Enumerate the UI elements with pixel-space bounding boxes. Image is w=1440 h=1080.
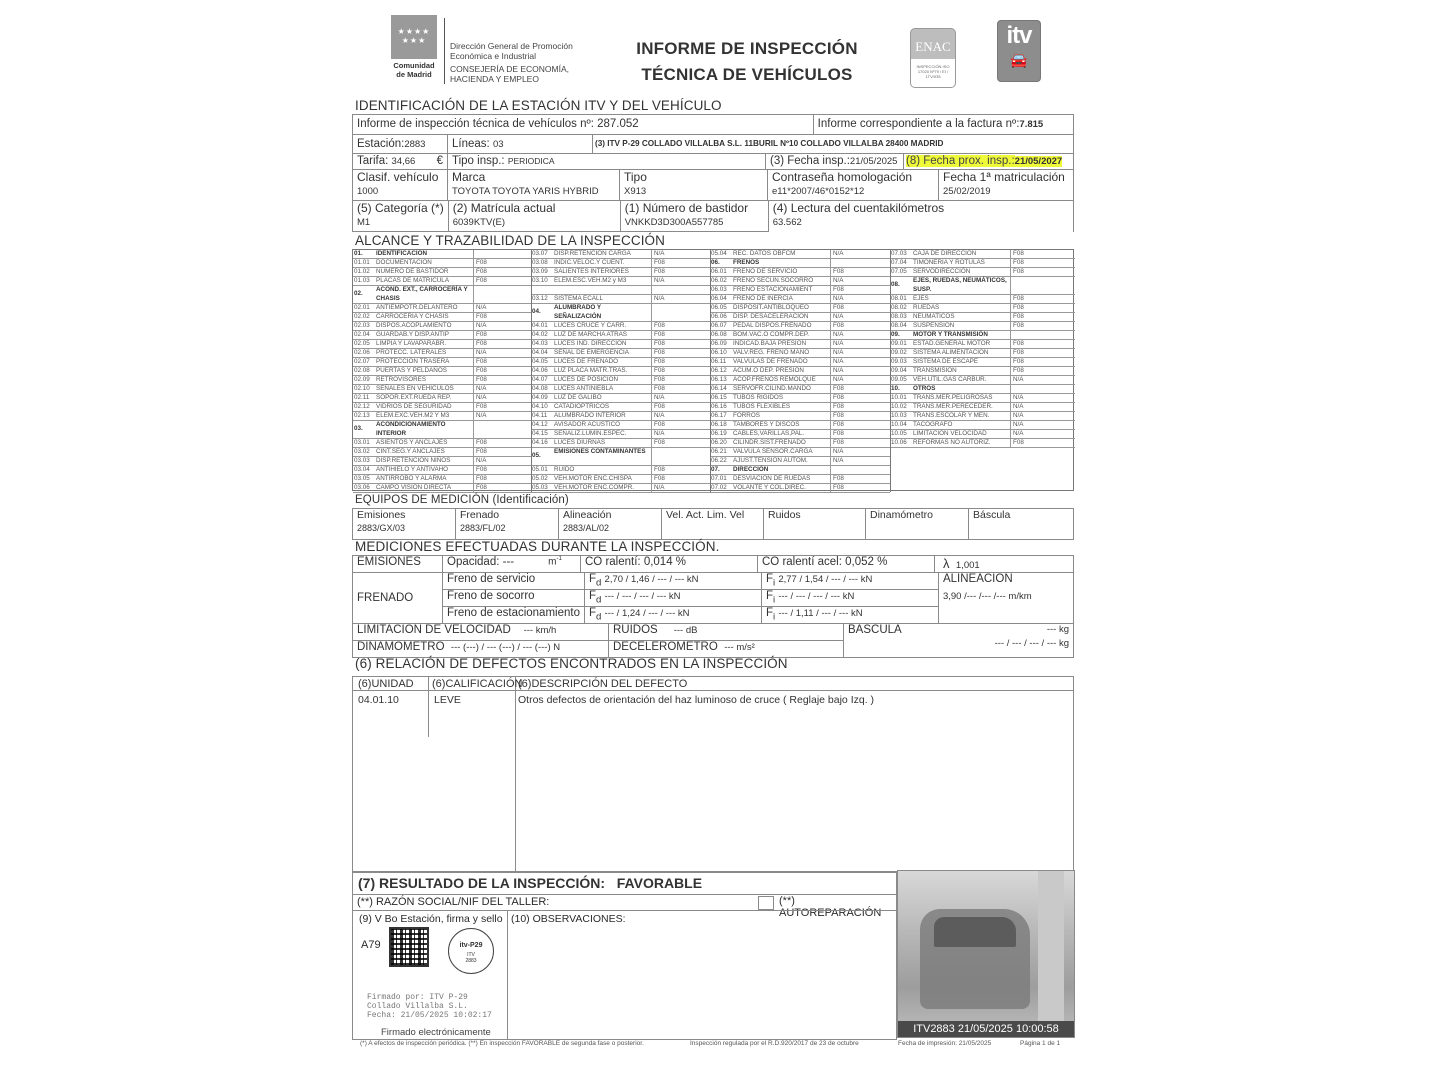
checklist-name: LUCES DE FRENADO <box>554 358 618 367</box>
emissions-row: EMISIONES Opacidad: ---m-1 CO ralentí: 0… <box>352 555 1074 573</box>
observations-label: (10) OBSERVACIONES: <box>511 913 626 925</box>
checklist-item: 06.18TAMBORES Y DISCOSF08 <box>710 421 890 430</box>
checklist-code: 05.03 <box>532 484 554 493</box>
checklist-item: 02.09RETROVISORESF08 <box>353 376 531 385</box>
checklist-code: 06.10 <box>711 349 733 358</box>
checklist-name: TAMBORES Y DISCOS <box>733 421 799 430</box>
checklist-item: 02.13ELEM.EXC.VEH.M2 Y M3N/A <box>353 412 531 421</box>
checklist-res: F08 <box>651 340 665 349</box>
checklist-code: 07.05 <box>891 268 913 277</box>
checklist-name: FRENOS <box>733 259 759 268</box>
checklist-res: F08 <box>651 367 665 376</box>
scale-value-1: --- kg <box>1047 624 1069 635</box>
checklist-name: GUARDAB.Y DISP.ANTIP <box>376 331 449 340</box>
checklist-name: INDICAD.BAJA PRESION <box>733 340 806 349</box>
checklist-item: 04.12AVISADOR ACUSTICOF08 <box>531 421 710 430</box>
checklist-code: 07.02 <box>711 484 733 493</box>
checklist-code: 04.07 <box>532 376 554 385</box>
checklist-res: F08 <box>651 385 665 394</box>
checklist-code: 06.18 <box>711 421 733 430</box>
checklist-name: INDIC.VELOC.Y CUENT. <box>554 259 625 268</box>
checklist-item: 08.01EJESF08 <box>890 295 1075 304</box>
checklist-code: 04.02 <box>532 331 554 340</box>
checklist-res: F08 <box>473 484 487 493</box>
checklist-name: ELEM.EXC.VEH.M2 Y M3 <box>376 412 449 421</box>
checklist-item: 04.02LUZ DE MARCHA ATRASF08 <box>531 331 710 340</box>
checklist-res: F08 <box>830 439 844 448</box>
defect-unit: 04.01.10 <box>358 694 399 706</box>
checklist-item: 02.06PROTECC. LATERALESN/A <box>353 349 531 358</box>
qr-code-icon <box>389 927 429 967</box>
checklist-item: 03.05ANTIRROBO Y ALARMAF08 <box>353 475 531 484</box>
checklist-res: F08 <box>1010 259 1024 268</box>
checklist-code: 02.04 <box>354 331 376 340</box>
checklist-name: DISPOSIT.ANTIBLOQUEO <box>733 304 809 313</box>
vehicle-row-1: Clasif. vehículo1000 MarcaTOYOTA TOYOTA … <box>352 169 1074 201</box>
checklist-code: 09.02 <box>891 349 913 358</box>
checklist-code: 04.15 <box>532 430 554 439</box>
brake-fd-parking: --- / 1,24 / --- / --- kN <box>605 608 690 619</box>
checklist-res <box>830 466 833 475</box>
fee-value: 34,66 <box>392 156 416 167</box>
checklist-code: 06.09 <box>711 340 733 349</box>
scope-title: ALCANCE Y TRAZABILIDAD DE LA INSPECCIÓN <box>355 233 665 248</box>
homologation-code: e11*2007/46*0152*12 <box>772 186 934 197</box>
checklist-name: FRENO DE SERVICIO <box>733 268 797 277</box>
checklist-item: 03.10ELEM.ESC.VEH.M2 y M3N/A <box>531 277 710 286</box>
checklist-name: LUCES DE POSICION <box>554 376 618 385</box>
equipment-table: Emisiones2883/GX/03Frenado2883/FL/02Alin… <box>352 508 1074 540</box>
checklist-code: 01. <box>354 250 376 259</box>
self-repair-label: (**) AUTOREPARACIÓN <box>779 895 896 919</box>
next-inspection-date: 21/05/2027 <box>1015 156 1063 167</box>
checklist-item: 06.16TUBOS FLEXIBLESF08 <box>710 403 890 412</box>
checklist-name: ANTIRROBO Y ALARMA <box>376 475 446 484</box>
checklist-res: F08 <box>1010 295 1024 304</box>
checklist-code: 08.01 <box>891 295 913 304</box>
checklist-res: N/A <box>830 295 844 304</box>
checklist-code: 03. <box>354 425 376 434</box>
checklist-item: 10.05LIMITACION VELOCIDADN/A <box>890 430 1075 439</box>
checklist-res: F08 <box>830 421 844 430</box>
checklist-name: LUZ PLACA MATR.TRAS. <box>554 367 627 376</box>
identification-title: IDENTIFICACIÓN DE LA ESTACIÓN ITV Y DEL … <box>355 98 722 113</box>
checklist-item: 10.06REFORMAS NO AUTORIZ.F08 <box>890 439 1075 448</box>
checklist-code: 02.12 <box>354 403 376 412</box>
inspection-date: 21/05/2025 <box>850 156 898 167</box>
vehicle-category: M1 <box>357 217 444 228</box>
checklist-code: 06.01 <box>711 268 733 277</box>
checklist-name: AJUST.TENSION AUTOM. <box>733 457 808 466</box>
equipment-title: EQUIPOS DE MEDICIÓN (Identificación) <box>355 494 569 506</box>
checklist-name: DISPOS.ACOPLAMIENTO <box>376 322 451 331</box>
checklist-code: 05. <box>532 452 554 461</box>
checklist-name: DESVIACION DE RUEDAS <box>733 475 810 484</box>
checklist-item: 07.05SERVODIRECCIÓNF08 <box>890 268 1075 277</box>
checklist-name: RUEDAS <box>913 304 939 313</box>
checklist-res: N/A <box>830 331 844 340</box>
result-value: FAVORABLE <box>617 875 702 891</box>
defects-col-unit: (6)UNIDAD <box>358 678 414 690</box>
checklist-code: 03.01 <box>354 439 376 448</box>
checklist-name: SUSPENSION <box>913 322 954 331</box>
checklist-name: ACOP.FRENOS REMOLQUE <box>733 376 816 385</box>
checklist-item: 03.02CINT.SEG.Y ANCLAJESF08 <box>353 448 531 457</box>
checklist-item: 05.04REC. DATOS OBFCMN/A <box>710 250 890 259</box>
checklist-code: 09.01 <box>891 340 913 349</box>
checklist-code: 07. <box>711 466 733 475</box>
checklist-code: 02. <box>354 290 376 299</box>
checklist-name: TUBOS RIGIDOS <box>733 394 783 403</box>
checklist-res: F08 <box>473 268 487 277</box>
checklist-code: 03.04 <box>354 466 376 475</box>
equipment-cell: Dinamómetro <box>866 509 969 540</box>
checklist-item: 05.03VEH.MOTOR ENC.COMPR.N/A <box>531 484 710 493</box>
checklist-code: 03.07 <box>532 250 554 259</box>
checklist-res <box>651 448 654 466</box>
checklist-res: N/A <box>473 457 487 466</box>
checklist-code: 08.04 <box>891 322 913 331</box>
checklist-name: DISP.RETENCION CARGA <box>554 250 631 259</box>
checklist-name: CAJA DE DIRECCION <box>913 250 976 259</box>
checklist-res <box>651 286 654 295</box>
inspection-type: PERIODICA <box>508 156 555 166</box>
checklist-item: 01.03PLACAS DE MATRICULAF08 <box>353 277 531 286</box>
checklist-item: 06.20CILINDR.SIST.FRENADOF08 <box>710 439 890 448</box>
checklist-res: N/A <box>651 250 665 259</box>
car-icon: 🚘 <box>998 51 1040 69</box>
checklist-code: 06.17 <box>711 412 733 421</box>
logo-divider <box>444 18 445 84</box>
station-seal-icon: itv-P29 ITV 2883 <box>448 928 494 974</box>
checklist-res <box>1010 385 1013 394</box>
checklist-name: CABLES,VARILLAS,PAL. <box>733 430 804 439</box>
checklist-item: 02.11SOPOR.EXT.RUEDA REP.N/A <box>353 394 531 403</box>
checklist-name: TRANS.MER.PELIGROSAS <box>913 394 992 403</box>
brake-fd-emergency: --- / --- / --- / --- kN <box>605 591 681 602</box>
checklist-code: 02.01 <box>354 304 376 313</box>
checklist-name: REFORMAS NO AUTORIZ. <box>913 439 991 448</box>
checklist-item: 02.04GUARDAB.Y DISP.ANTIPF08 <box>353 331 531 340</box>
footer-note: (*) A efectos de inspección periódica. (… <box>360 1040 644 1047</box>
column-divider <box>890 250 891 492</box>
equipment-cell: Vel. Act. Lim. Vel <box>662 509 764 540</box>
checklist-item: 10.03TRANS.ESCOLAR Y MEN.N/A <box>890 412 1075 421</box>
checklist-name: VALVULAS DE FRENADO <box>733 358 808 367</box>
checklist-name: BOM.VAC.O COMPR.DEP. <box>733 331 809 340</box>
checklist-res: F08 <box>651 331 665 340</box>
checklist-res: F08 <box>830 304 844 313</box>
checklist-code: 03.09 <box>532 268 554 277</box>
checklist-name: PROTECCION TRASERA <box>376 358 449 367</box>
odometer-reading: 63.562 <box>773 217 1069 228</box>
checklist-code: 02.10 <box>354 385 376 394</box>
brake-fi-emergency: --- / --- / --- / --- kN <box>778 591 854 602</box>
license-plate: 6039KTV(E) <box>453 217 616 228</box>
checklist-res: F08 <box>830 322 844 331</box>
checklist-item: 06.14SERVOFR.CILIND.MANDOF08 <box>710 385 890 394</box>
checklist-res: N/A <box>830 376 844 385</box>
station-sign-label: (9) V Bo Estación, firma y sello <box>359 913 503 925</box>
checklist-name: CATADIOPTRICOS <box>554 403 609 412</box>
checklist-name: TRANSMISION <box>913 367 957 376</box>
checklist-res: N/A <box>830 367 844 376</box>
checklist-res: F08 <box>651 322 665 331</box>
checklist-res <box>1010 277 1013 295</box>
checklist-item: 03.ACONDICIONAMIENTO INTERIOR <box>353 421 531 439</box>
checklist-name: OTROS <box>913 385 935 394</box>
checklist-name: RETROVISORES <box>376 376 426 385</box>
checklist-code: 06.02 <box>711 277 733 286</box>
document-title: INFORME DE INSPECCIÓN TÉCNICA DE VEHÍCUL… <box>602 36 892 88</box>
checklist-code: 04.11 <box>532 412 554 421</box>
checklist-res <box>473 286 476 304</box>
checklist-name: SEÑALIZ.LUMIN.ESPEC. <box>554 430 626 439</box>
alignment-label: ALINEACIÓN <box>943 573 1013 585</box>
checklist-item: 06.13ACOP.FRENOS REMOLQUEN/A <box>710 376 890 385</box>
checklist-res: N/A <box>830 250 844 259</box>
checklist-name: ESTAD.GENERAL MOTOR <box>913 340 990 349</box>
checklist-item: 04.08LUCES ANTINIEBLAF08 <box>531 385 710 394</box>
checklist-res: F08 <box>830 268 844 277</box>
self-repair-checkbox[interactable] <box>758 896 774 910</box>
equipment-id: 2883/AL/02 <box>563 523 657 533</box>
inspection-result: (7) RESULTADO DE LA INSPECCIÓN: FAVORABL… <box>358 875 702 891</box>
org-name: Comunidad de Madrid <box>390 61 438 79</box>
decelerometer-value: --- m/s² <box>724 642 755 653</box>
checklist-item: 02.12VIDRIOS DE SEGURIDADF08 <box>353 403 531 412</box>
checklist-res: N/A <box>1010 403 1024 412</box>
checklist-item: 04.11ALUMBRADO INTERIORN/A <box>531 412 710 421</box>
checklist-name: LIMITACION VELOCIDAD <box>913 430 987 439</box>
enac-logo: ENAC INSPECCIÓN ISO 17020 Nº79 / EI / 1T… <box>910 28 956 88</box>
checklist-name: LUZ DE MARCHA ATRAS <box>554 331 627 340</box>
checklist-code: 04.04 <box>532 349 554 358</box>
checklist-code: 03.12 <box>532 295 554 304</box>
checklist-name: ASIENTOS Y ANCLAJES <box>376 439 447 448</box>
checklist-code: 06.07 <box>711 322 733 331</box>
checklist-name: LUCES IND. DIRECCION <box>554 340 626 349</box>
checklist-res: F08 <box>1010 340 1024 349</box>
checklist-name: SISTEMA ECALL <box>554 295 603 304</box>
defect-description: Otros defectos de orientación del haz lu… <box>518 694 874 706</box>
checklist-item: 03.12SISTEMA ECALLN/A <box>531 295 710 304</box>
checklist-res: F08 <box>651 259 665 268</box>
checklist-item: 01.IDENTIFICACION <box>353 250 531 259</box>
checklist-name: CARROCERIA Y CHASIS <box>376 313 449 322</box>
speed-limit-value: --- km/h <box>524 625 557 636</box>
checklist-res: N/A <box>651 277 665 286</box>
checklist-name: CINT.SEG.Y ANCLAJES <box>376 448 445 457</box>
checklist-name: MOTOR Y TRANSMISIÓN <box>913 331 988 340</box>
result-section: (7) RESULTADO DE LA INSPECCIÓN: FAVORABL… <box>352 872 897 1040</box>
checklist-name: TIMONERIA Y ROTULAS <box>913 259 985 268</box>
checklist-code: 06.19 <box>711 430 733 439</box>
checklist-name: LUZ DE GALIBO <box>554 394 602 403</box>
lambda-value: 1,001 <box>956 560 980 571</box>
checklist-name: VEH.MOTOR ENC.COMPR. <box>554 484 634 493</box>
vin-number: VNKKD3D300A557785 <box>625 217 764 228</box>
checklist-item: 03.03DISP.RETENCION NIÑOSN/A <box>353 457 531 466</box>
checklist-res: F08 <box>651 268 665 277</box>
checklist-item: 06.01FRENO DE SERVICIOF08 <box>710 268 890 277</box>
checklist-name: ACOND. EXT., CARROCERÍA Y CHASIS <box>376 286 470 303</box>
checklist-name: NEUMATICOS <box>913 313 955 322</box>
checklist-code: 03.06 <box>354 484 376 493</box>
checklist-item: 04.16LUCES DIURNASF08 <box>531 439 710 448</box>
checklist-name: SALIENTES INTERIORES <box>554 268 629 277</box>
checklist-name: VALVULA SENSOR.CARGA <box>733 448 813 457</box>
checklist-res: F08 <box>830 412 844 421</box>
checklist-item: 10.01TRANS.MER.PELIGROSASN/A <box>890 394 1075 403</box>
checklist-name: VEH.UTIL.GAS CARBUR. <box>913 376 986 385</box>
inspection-report: ★★★★ ★★★ Comunidad de Madrid Dirección G… <box>352 10 1074 1060</box>
checklist-code: 06.14 <box>711 385 733 394</box>
scale-value-2: --- / --- / --- / --- kg <box>995 638 1069 649</box>
co-idle-value: 0,014 % <box>644 556 686 568</box>
checklist-item: 04.07LUCES DE POSICIONF08 <box>531 376 710 385</box>
community-flag-icon: ★★★★ ★★★ <box>391 15 437 59</box>
checklist-name: LUCES CRUCE Y CARR. <box>554 322 626 331</box>
checklist-code: 03.08 <box>532 259 554 268</box>
checklist-res: F08 <box>830 385 844 394</box>
checklist-item: 06.22AJUST.TENSION AUTOM.N/A <box>710 457 890 466</box>
vehicle-brand: TOYOTA TOYOTA YARIS HYBRID <box>452 186 615 197</box>
checklist-item: 03.07DISP.RETENCION CARGAN/A <box>531 250 710 259</box>
digital-signature: Firmado por: ITV P-29 Collado Villalba S… <box>367 993 492 1020</box>
co-accel-value: 0,052 % <box>845 556 887 568</box>
checklist-res: F08 <box>473 439 487 448</box>
checklist-code: 10. <box>891 385 913 394</box>
next-inspection-cell: (8) Fecha prox. insp.:21/05/2027 <box>904 154 1074 170</box>
checklist-res: N/A <box>830 313 844 322</box>
checklist-item: 09.04TRANSMISIONF08 <box>890 367 1075 376</box>
checklist-res: F08 <box>473 367 487 376</box>
checklist-name: LUCES DIURNAS <box>554 439 605 448</box>
checklist-name: LUCES ANTINIEBLA <box>554 385 613 394</box>
checklist-code: 06.08 <box>711 331 733 340</box>
lines-value: 03 <box>493 139 504 150</box>
checklist-code: 04.01 <box>532 322 554 331</box>
equipment-id: 2883/GX/03 <box>357 523 451 533</box>
checklist-name: VIDRIOS DE SEGURIDAD <box>376 403 452 412</box>
checklist-code: 06.13 <box>711 376 733 385</box>
checklist-code: 07.01 <box>711 475 733 484</box>
checklist-item: 03.08INDIC.VELOC.Y CUENT.F08 <box>531 259 710 268</box>
checklist-res: N/A <box>651 412 665 421</box>
checklist-res: F08 <box>473 340 487 349</box>
checklist-name: CILINDR.SIST.FRENADO <box>733 439 806 448</box>
checklist-name: VOLANTE Y COL.DIREC. <box>733 484 806 493</box>
checklist-item: 07.04TIMONERIA Y ROTULASF08 <box>890 259 1075 268</box>
checklist-name: SERVOFR.CILIND.MANDO <box>733 385 811 394</box>
checklist-item: 03.01ASIENTOS Y ANCLAJESF08 <box>353 439 531 448</box>
checklist-item: 06.15TUBOS RIGIDOSF08 <box>710 394 890 403</box>
checklist-res: N/A <box>473 304 487 313</box>
checklist-code: 01.01 <box>354 259 376 268</box>
checklist-name: ALUMBRADO Y SEÑALIZACIÓN <box>554 304 648 321</box>
checklist-code: 08.03 <box>891 313 913 322</box>
checklist-name: ANTIHIELO Y ANTIVAHO <box>376 466 448 475</box>
checklist-name: FRENO ESTACIONAMIENT <box>733 286 812 295</box>
checklist-name: EMISIONES CONTAMINANTES <box>554 448 648 457</box>
checklist-res: F08 <box>473 466 487 475</box>
checklist-item: 05.02VEH.MOTOR ENC.CHISPAF08 <box>531 475 710 484</box>
checklist-item: 08.03NEUMATICOSF08 <box>890 313 1075 322</box>
checklist-item: 04.03LUCES IND. DIRECCIONF08 <box>531 340 710 349</box>
checklist-res: N/A <box>473 412 487 421</box>
checklist-item: 04.05LUCES DE FRENADOF08 <box>531 358 710 367</box>
checklist-item: 02.02CARROCERIA Y CHASISF08 <box>353 313 531 322</box>
checklist-code: 09.04 <box>891 367 913 376</box>
checklist-res <box>651 304 654 322</box>
checklist-name: SOPOR.EXT.RUEDA REP. <box>376 394 451 403</box>
checklist-code: 04.16 <box>532 439 554 448</box>
checklist-res: F08 <box>473 259 487 268</box>
measurements-title: MEDICIONES EFECTUADAS DURANTE LA INSPECC… <box>355 539 719 554</box>
equipment-cell: Frenado2883/FL/02 <box>456 509 559 540</box>
checklist-item: 08.02RUEDASF08 <box>890 304 1075 313</box>
checklist-code: 04.12 <box>532 421 554 430</box>
checklist-res <box>830 259 833 268</box>
checklist-code: 02.08 <box>354 367 376 376</box>
vehicle-row-2: (5) Categoría (*)M1 (2) Matrícula actual… <box>352 200 1074 232</box>
checklist-item: 09.01ESTAD.GENERAL MOTORF08 <box>890 340 1075 349</box>
checklist-code: 06.22 <box>711 457 733 466</box>
identification-table: Informe de inspección técnica de vehícul… <box>352 114 1074 135</box>
checklist-item: 04.04SEÑAL DE EMERGENCIAF08 <box>531 349 710 358</box>
checklist-item: 10.02TRANS.MER.PERECEDER.N/A <box>890 403 1075 412</box>
checklist-res: F08 <box>1010 313 1024 322</box>
report-header: ★★★★ ★★★ Comunidad de Madrid Dirección G… <box>352 10 1074 95</box>
equipment-id: 2883/FL/02 <box>460 523 554 533</box>
checklist-code: 05.02 <box>532 475 554 484</box>
checklist-res: F08 <box>651 439 665 448</box>
checklist-item <box>531 286 710 295</box>
checklist-code: 06.03 <box>711 286 733 295</box>
opacity-value: --- <box>503 556 515 568</box>
checklist-code: 02.06 <box>354 349 376 358</box>
checklist-item: 08.EJES, RUEDAS, NEUMÁTICOS, SUSP. <box>890 277 1075 295</box>
checklist-item: 03.06CAMPO VISION DIRECTAF08 <box>353 484 531 493</box>
checklist-name: IDENTIFICACION <box>376 250 427 259</box>
defects-title: (6) RELACIÓN DE DEFECTOS ENCONTRADOS EN … <box>355 656 788 671</box>
checklist-code: 09. <box>891 331 913 340</box>
checklist-code: 10.03 <box>891 412 913 421</box>
checklist-name: ELEM.ESC.VEH.M2 y M3 <box>554 277 626 286</box>
checklist-item: 03.04ANTIHIELO Y ANTIVAHOF08 <box>353 466 531 475</box>
checklist-res: N/A <box>651 484 665 493</box>
checklist-item: 05.01RUIDOF08 <box>531 466 710 475</box>
dynamometer-value: --- (---) / --- (---) / --- (---) N <box>451 642 560 653</box>
checklist-code: 02.13 <box>354 412 376 421</box>
checklist-item: 02.03DISPOS.ACOPLAMIENTON/A <box>353 322 531 331</box>
checklist-res: N/A <box>651 295 665 304</box>
checklist-code: 02.02 <box>354 313 376 322</box>
checklist-res: F08 <box>473 403 487 412</box>
inspection-checklist: 01.IDENTIFICACION01.01DOCUMENTACIONF0801… <box>352 249 1074 491</box>
checklist-item: 06.08BOM.VAC.O COMPR.DEP.N/A <box>710 331 890 340</box>
checklist-code: 10.01 <box>891 394 913 403</box>
checklist-code: 06.15 <box>711 394 733 403</box>
defects-table: (6)UNIDAD (6)CALIFICACIÓN (6)DESCRIPCIÓN… <box>352 676 1074 872</box>
checklist-res: F08 <box>473 313 487 322</box>
braking-table: FRENADO Freno de servicio Fd 2,70 / 1,46… <box>352 572 1074 624</box>
checklist-res: N/A <box>473 322 487 331</box>
checklist-code: 05.04 <box>711 250 733 259</box>
checklist-res: N/A <box>1010 412 1024 421</box>
checklist-item: 06.21VALVULA SENSOR.CARGAN/A <box>710 448 890 457</box>
